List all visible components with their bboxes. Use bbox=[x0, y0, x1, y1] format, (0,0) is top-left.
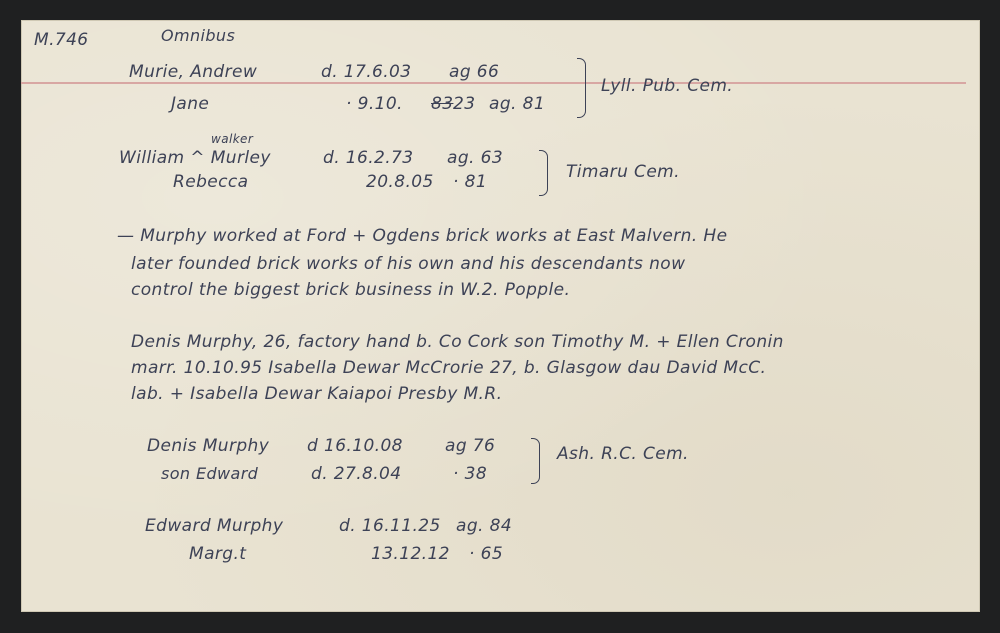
entry-date: d. 16.11.25 bbox=[339, 516, 441, 536]
cemetery: Ash. R.C. Cem. bbox=[557, 444, 689, 464]
card-category: Omnibus bbox=[161, 26, 235, 45]
entry-name: Edward Murphy bbox=[145, 516, 283, 536]
entry-age: ag 66 bbox=[449, 62, 499, 82]
note-line: — Murphy worked at Ford + Ogdens brick w… bbox=[117, 226, 727, 246]
struck-year: 83 bbox=[431, 94, 453, 114]
marriage-line: lab. + Isabella Dewar Kaiapoi Presby M.R… bbox=[131, 384, 502, 404]
entry-date: 13.12.12 bbox=[371, 544, 450, 564]
entry-name: Rebecca bbox=[173, 172, 248, 192]
entry-name: Jane bbox=[171, 94, 209, 114]
cemetery: Lyll. Pub. Cem. bbox=[601, 76, 733, 96]
entry-age: · 81 bbox=[453, 172, 487, 192]
note-line: later founded brick works of his own and… bbox=[131, 254, 685, 274]
index-card: M.746 Omnibus Murie, Andrew d. 17.6.03 a… bbox=[21, 20, 980, 612]
note-line: control the biggest brick business in W.… bbox=[131, 280, 570, 300]
header-rule bbox=[21, 82, 966, 84]
entry-date: d 16.10.08 bbox=[307, 436, 403, 456]
annotation: walker bbox=[211, 132, 253, 146]
cemetery: Timaru Cem. bbox=[566, 162, 680, 182]
entry-name: Denis Murphy bbox=[147, 436, 269, 456]
entry-age: ag 76 bbox=[445, 436, 495, 456]
entry-date: d. 16.2.73 bbox=[323, 148, 414, 168]
card-reference: M.746 bbox=[34, 30, 89, 50]
entry-age: ag. 84 bbox=[456, 516, 512, 536]
entry-date-tail: 23 bbox=[453, 94, 475, 114]
entry-age: · 38 bbox=[453, 464, 487, 484]
bracket bbox=[539, 150, 548, 196]
entry-age: ag. 63 bbox=[447, 148, 503, 168]
marriage-line: marr. 10.10.95 Isabella Dewar McCrorie 2… bbox=[131, 358, 766, 378]
bracket bbox=[577, 58, 586, 118]
entry-date: 20.8.05 bbox=[366, 172, 434, 192]
entry-age: · 65 bbox=[469, 544, 503, 564]
marriage-line: Denis Murphy, 26, factory hand b. Co Cor… bbox=[131, 332, 784, 352]
entry-date: · 9.10. bbox=[346, 94, 403, 114]
entry-date: d. 27.8.04 bbox=[311, 464, 402, 484]
entry-name: Murie, Andrew bbox=[129, 62, 257, 82]
bracket bbox=[531, 438, 540, 484]
entry-name: William ^ Murley bbox=[119, 148, 271, 168]
entry-date: d. 17.6.03 bbox=[321, 62, 412, 82]
entry-name: son Edward bbox=[161, 464, 258, 483]
entry-age: ag. 81 bbox=[489, 94, 545, 114]
entry-name: Marg.t bbox=[189, 544, 246, 564]
